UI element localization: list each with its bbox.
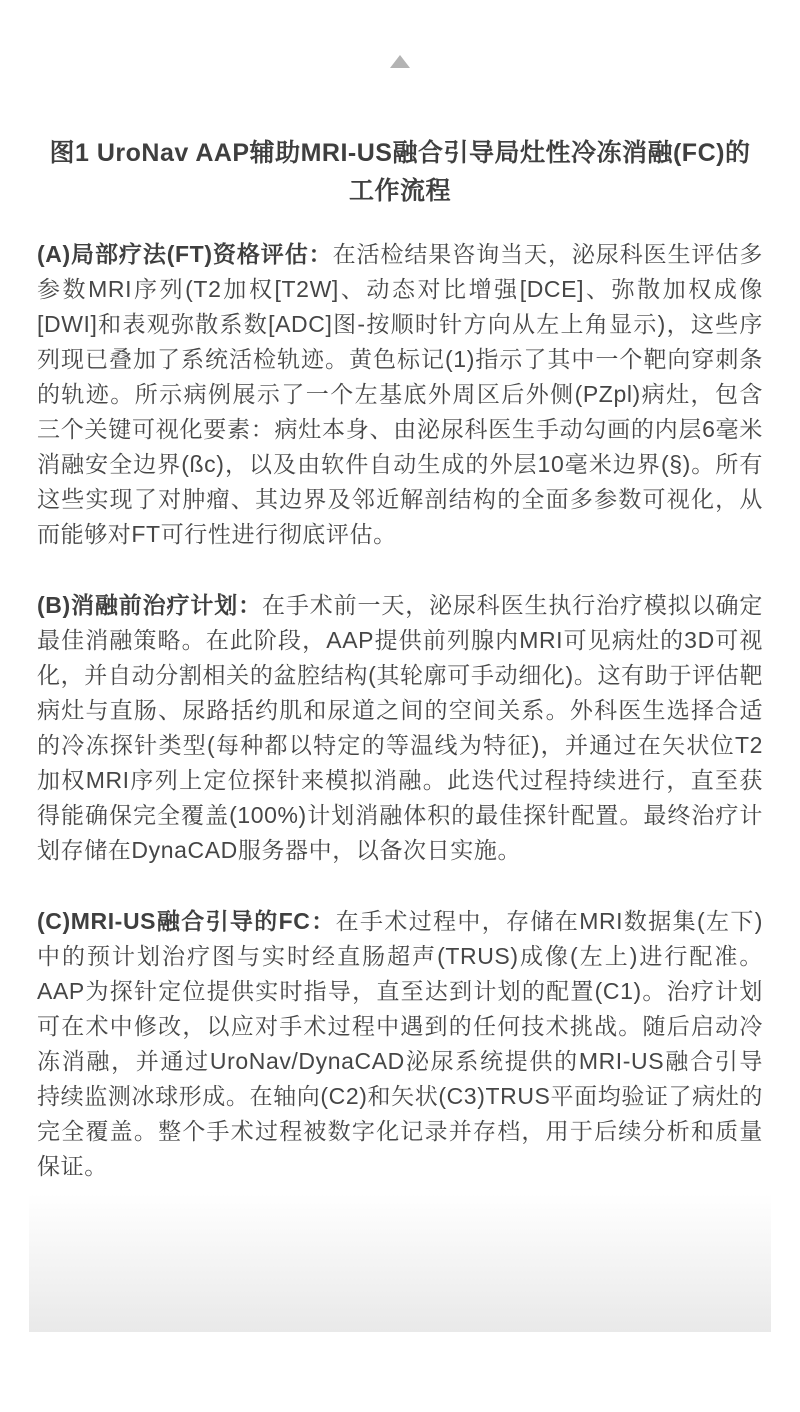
paragraph-c-heading: (C)MRI-US融合引导的FC： <box>37 908 336 934</box>
figure-caption-panel: 图1 UroNav AAP辅助MRI-US融合引导局灶性冷冻消融(FC)的工作流… <box>0 0 800 1412</box>
collapse-button[interactable] <box>378 48 422 74</box>
paragraph-c: (C)MRI-US融合引导的FC：在手术过程中，存储在MRI数据集(左下)中的预… <box>37 904 763 1184</box>
paragraph-a-text: 在活检结果咨询当天，泌尿科医生评估多参数MRI序列(T2加权[T2W]、动态对比… <box>37 241 763 547</box>
paragraph-b-text: 在手术前一天，泌尿科医生执行治疗模拟以确定最佳消融策略。在此阶段，AAP提供前列… <box>37 592 763 863</box>
paragraph-b: (B)消融前治疗计划：在手术前一天，泌尿科医生执行治疗模拟以确定最佳消融策略。在… <box>37 588 763 868</box>
figure-title: 图1 UroNav AAP辅助MRI-US融合引导局灶性冷冻消融(FC)的工作流… <box>37 134 763 210</box>
chevron-up-icon <box>390 55 410 68</box>
paragraph-b-heading: (B)消融前治疗计划： <box>37 592 262 618</box>
paragraph-a-heading: (A)局部疗法(FT)资格评估： <box>37 241 333 267</box>
figure-caption-body: (A)局部疗法(FT)资格评估：在活检结果咨询当天，泌尿科医生评估多参数MRI序… <box>37 237 763 1220</box>
paragraph-a: (A)局部疗法(FT)资格评估：在活检结果咨询当天，泌尿科医生评估多参数MRI序… <box>37 237 763 552</box>
paragraph-c-text: 在手术过程中，存储在MRI数据集(左下)中的预计划治疗图与实时经直肠超声(TRU… <box>37 908 763 1179</box>
